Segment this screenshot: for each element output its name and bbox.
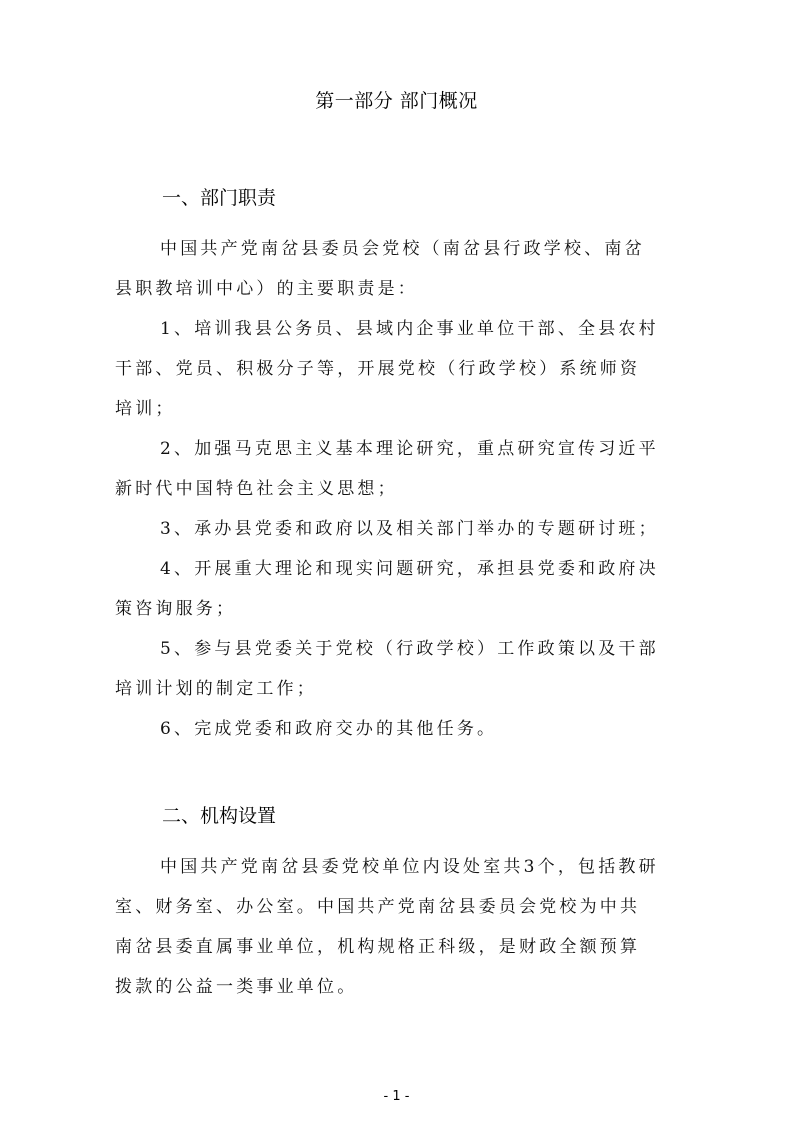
text-line: 培训计划的制定工作； xyxy=(115,669,680,709)
text-line: 南岔县委直属事业单位，机构规格正科级，是财政全额预算 xyxy=(115,927,680,967)
text-line: 干部、党员、积极分子等，开展党校（行政学校）系统师资 xyxy=(115,349,680,389)
page-number: - 1 - xyxy=(0,1089,793,1104)
text-line: 新时代中国特色社会主义思想； xyxy=(115,469,680,509)
text-line: 5、参与县党委关于党校（行政学校）工作政策以及干部 xyxy=(115,629,680,669)
text-line: 6、完成党委和政府交办的其他任务。 xyxy=(115,709,680,749)
paragraph-structure: 中国共产党南岔县委党校单位内设处室共3个，包括教研 室、财务室、办公室。中国共产… xyxy=(115,847,680,1007)
text-line: 4、开展重大理论和现实问题研究，承担县党委和政府决 xyxy=(115,549,680,589)
text-line: 1、培训我县公务员、县域内企事业单位干部、全县农村 xyxy=(115,309,680,349)
text-line: 拨款的公益一类事业单位。 xyxy=(115,967,680,1007)
text-line: 3、承办县党委和政府以及相关部门举办的专题研讨班； xyxy=(115,509,680,549)
paragraph-intro: 中国共产党南岔县委员会党校（南岔县行政学校、南岔 县职教培训中心）的主要职责是：… xyxy=(115,229,680,749)
page-title: 第一部分 部门概况 xyxy=(0,86,793,113)
text-line: 中国共产党南岔县委党校单位内设处室共3个，包括教研 xyxy=(115,847,680,887)
section-heading-duties: 一、部门职责 xyxy=(162,183,276,210)
text-line: 中国共产党南岔县委员会党校（南岔县行政学校、南岔 xyxy=(115,229,680,269)
text-line: 培训； xyxy=(115,389,680,429)
section-heading-structure: 二、机构设置 xyxy=(162,801,276,828)
text-line: 室、财务室、办公室。中国共产党南岔县委员会党校为中共 xyxy=(115,887,680,927)
text-line: 策咨询服务； xyxy=(115,589,680,629)
text-line: 2、加强马克思主义基本理论研究，重点研究宣传习近平 xyxy=(115,429,680,469)
text-line: 县职教培训中心）的主要职责是： xyxy=(115,269,680,309)
